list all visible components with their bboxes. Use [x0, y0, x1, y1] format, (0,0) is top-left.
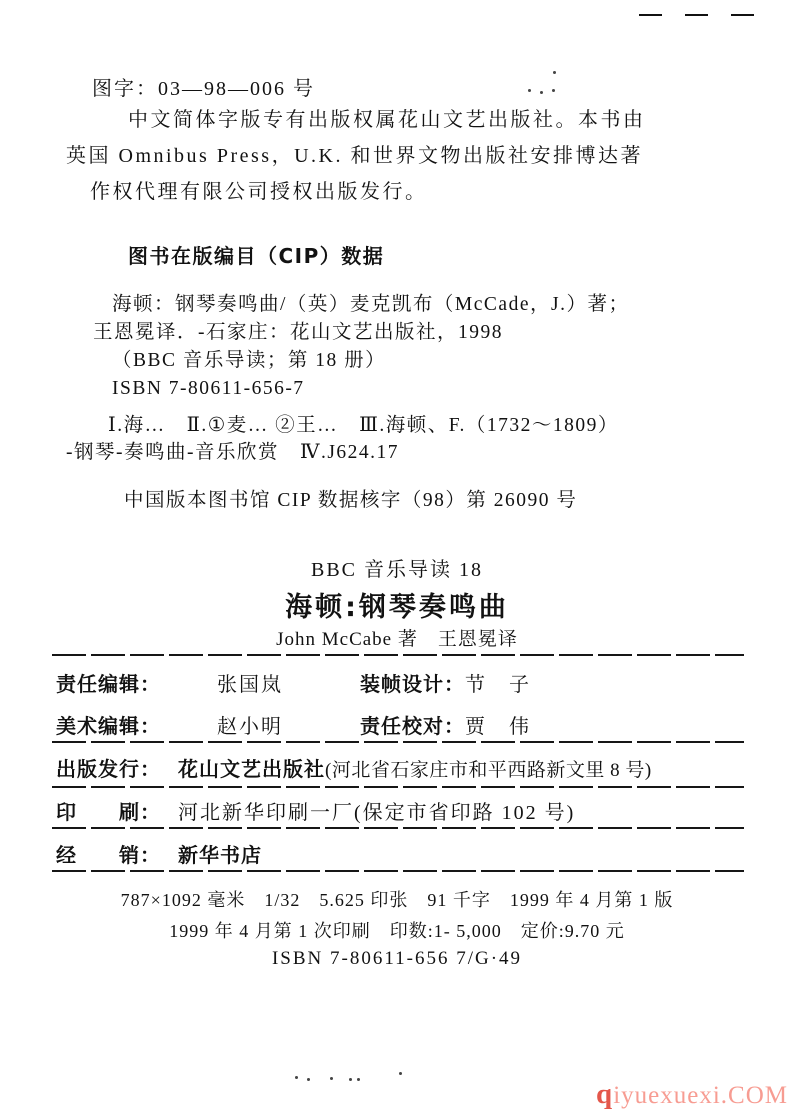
watermark-middle: iyuexuexi [613, 1082, 721, 1109]
publisher-address: (河北省石家庄市和平西路新文里 8 号) [325, 760, 652, 781]
proofreader-label: 责任校对： [360, 710, 465, 739]
scan-dash [731, 14, 754, 16]
book-copyright-page: 图字：03—98—006 号 中文简体字版专有出版权属花山文艺出版社。本书由 英… [0, 0, 794, 1120]
register-number-line: 图字：03—98—006 号 [92, 72, 315, 101]
copyright-paragraph: 中文简体字版专有出版权属花山文艺出版社。本书由 英国 Omnibus Press… [66, 102, 738, 210]
scan-noise-dot [528, 89, 531, 92]
scan-noise-dot [553, 71, 556, 74]
watermark-initial: q [596, 1078, 613, 1110]
imprint-table: 责任编辑： 张国岚 装帧设计： 节 子 美术编辑： 赵小明 责任校对： 贾 伟 … [52, 654, 744, 874]
scan-noise-dot [540, 91, 543, 94]
art-editor-name: 赵小明 [217, 710, 283, 739]
printer-value: 河北新华印刷一厂(保定市省印路 102 号) [178, 796, 575, 825]
scan-noise-dot [399, 1072, 402, 1075]
horizontal-rule [52, 654, 744, 656]
distributor-label: 经 销： [56, 839, 161, 868]
publisher-value: 花山文艺出版社(河北省石家庄市和平西路新文里 8 号) [178, 753, 652, 782]
cip-line-translator: 王恩冕译．-石家庄：花山文艺出版社，1998 [66, 319, 629, 347]
cip-record-number: 中国版本图书馆 CIP 数据核字（98）第 26090 号 [124, 484, 577, 512]
cip-line-series: （BBC 音乐导读；第 18 册） [66, 347, 629, 375]
scan-noise-dot [552, 89, 555, 92]
watermark-suffix: .COM [721, 1082, 788, 1109]
proofreader-name: 贾 伟 [465, 710, 531, 739]
scan-noise-dot [349, 1078, 352, 1081]
horizontal-rule [52, 741, 744, 743]
colophon-isbn-line: ISBN 7-80611-656 7/G·49 [0, 948, 794, 970]
copyright-line-2: 英国 Omnibus Press，U.K. 和世界文物出版社安排博达著 [66, 138, 738, 174]
editor-name: 张国岚 [217, 668, 283, 697]
scan-dash [685, 14, 708, 16]
editor-label: 责任编辑： [56, 668, 161, 697]
cip-description: 海顿：钢琴奏鸣曲/（英）麦克凯布（McCade，J.）著； 王恩冕译．-石家庄：… [66, 291, 629, 403]
copyright-line-3: 作权代理有限公司授权出版发行。 [66, 174, 738, 210]
cip-line-title: 海顿：钢琴奏鸣曲/（英）麦克凯布（McCade，J.）著； [66, 291, 629, 319]
publisher-name: 花山文艺出版社 [178, 757, 325, 781]
scan-noise-dot [357, 1078, 360, 1081]
cip-classification: Ⅰ.海… Ⅱ.①麦… ②王… Ⅲ.海顿、F.（1732～1809） -钢琴-奏鸣… [66, 412, 619, 466]
art-editor-label: 美术编辑： [56, 710, 161, 739]
site-watermark: qiyuexuexi.COM [596, 1078, 788, 1111]
horizontal-rule [52, 827, 744, 829]
publisher-label: 出版发行： [56, 753, 161, 782]
cip-heading: 图书在版编目（CIP）数据 [128, 240, 384, 269]
scan-noise-dot [307, 1078, 310, 1081]
cip-line-isbn: ISBN 7-80611-656-7 [66, 375, 629, 403]
series-title: BBC 音乐导读 18 [0, 553, 794, 582]
scan-noise-dot [295, 1076, 298, 1079]
designer-label: 装帧设计： [360, 668, 465, 697]
scan-dash [639, 14, 662, 16]
scan-noise-dot [330, 1077, 333, 1080]
horizontal-rule [52, 870, 744, 872]
scan-artifact-dashes [639, 14, 789, 17]
copyright-line-1: 中文简体字版专有出版权属花山文艺出版社。本书由 [66, 102, 738, 138]
horizontal-rule [52, 786, 744, 788]
classification-line-1: Ⅰ.海… Ⅱ.①麦… ②王… Ⅲ.海顿、F.（1732～1809） [66, 412, 619, 439]
colophon-printrun-line: 1999 年 4 月第 1 次印刷 印数:1- 5,000 定价:9.70 元 [0, 917, 794, 943]
distributor-value: 新华书店 [178, 839, 262, 868]
printer-label: 印 刷： [56, 796, 161, 825]
colophon-format-line: 787×1092 毫米 1/32 5.625 印张 91 千字 1999 年 4… [0, 886, 794, 912]
designer-name: 节 子 [465, 668, 531, 697]
authors-line: John McCabe 著 王恩冕译 [0, 624, 794, 651]
book-title: 海顿:钢琴奏鸣曲 [0, 585, 794, 624]
classification-line-2: -钢琴-奏鸣曲-音乐欣赏 Ⅳ.J624.17 [66, 439, 619, 466]
